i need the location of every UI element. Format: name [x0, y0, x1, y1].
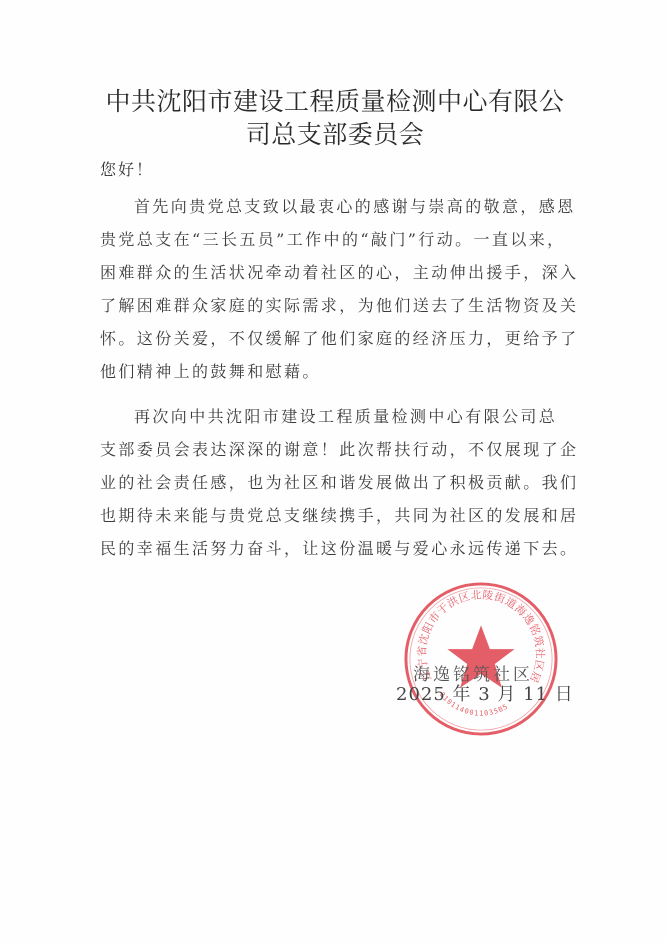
letter-page: 中共沈阳市建设工程质量检测中心有限公 司总支部委员会 您好！ 首先向贵党总支致以… — [0, 0, 666, 943]
paragraph-1-line: 困难群众的生活状况牵动着社区的心，主动伸出援手，深入 — [100, 256, 585, 289]
greeting: 您好！ — [100, 159, 154, 181]
paragraph-1-line: 他们精神上的鼓舞和慰藉。 — [100, 355, 585, 388]
paragraph-1-line: 了解困难群众家庭的实际需求，为他们送去了生活物资及关 — [100, 289, 585, 322]
date: 2025 年 3 月 11 日 — [396, 680, 574, 706]
paragraph-2-line: 也期待未来能与贵党总支继续携手，共同为社区的发展和居 — [100, 499, 585, 532]
paragraph-1-line: 贵党总支在“三长五员”工作中的“敲门”行动。一直以来， — [100, 223, 585, 256]
red-star-seal-icon: 辽宁省沈阳市于洪区北陵街道海逸铭筑社区居民委员会 2101140011035B5 — [402, 580, 560, 738]
paragraph-2-line: 业的社会责任感，也为社区和谐发展做出了积极贡献。我们 — [100, 466, 585, 499]
title-line-1: 中共沈阳市建设工程质量检测中心有限公 — [90, 84, 580, 120]
paragraph-2: 再次向中共沈阳市建设工程质量检测中心有限公司总 支部委员会表达深深的谢意！此次帮… — [100, 400, 585, 565]
paragraph-2-line: 再次向中共沈阳市建设工程质量检测中心有限公司总 — [100, 400, 585, 433]
paragraph-2-line: 民的幸福生活努力奋斗，让这份温暖与爱心永远传递下去。 — [100, 532, 585, 565]
title-line-2: 司总支部委员会 — [90, 117, 580, 153]
paragraph-1: 首先向贵党总支致以最衷心的感谢与崇高的敬意，感恩 贵党总支在“三长五员”工作中的… — [100, 190, 585, 388]
paragraph-1-line: 怀。这份关爱，不仅缓解了他们家庭的经济压力，更给予了 — [100, 322, 585, 355]
paragraph-2-line: 支部委员会表达深深的谢意！此次帮扶行动，不仅展现了企 — [100, 433, 585, 466]
paragraph-1-line: 首先向贵党总支致以最衷心的感谢与崇高的敬意，感恩 — [100, 190, 585, 223]
